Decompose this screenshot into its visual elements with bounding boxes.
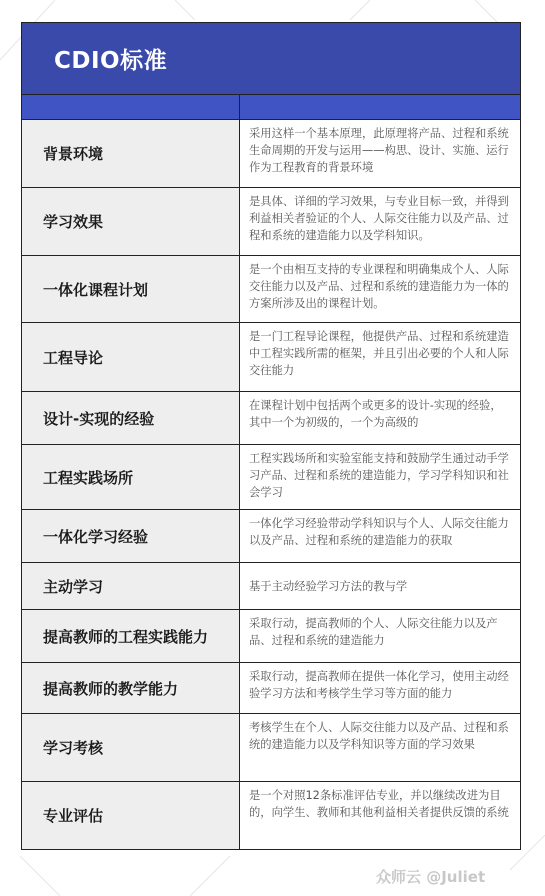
- standard-name: 设计-实现的经验: [22, 392, 240, 444]
- standard-name: 主动学习: [22, 563, 240, 609]
- standard-name: 工程实践场所: [22, 445, 240, 509]
- standard-description: 一体化学习经验带动学科知识与个人、人际交往能力以及产品、过程和系统的建造能力的获…: [240, 510, 520, 562]
- table-title: CDIO标准: [54, 42, 167, 75]
- standard-name: 学习效果: [22, 188, 240, 255]
- table-row: 工程导论 是一门工程导论课程，他提供产品、过程和系统建造中工程实践所需的框架，并…: [22, 323, 520, 392]
- column-header-name: [22, 95, 240, 119]
- standard-description: 是一个对照12条标准评估专业，并以继续改进为目的，向学生、教师和其他利益相关者提…: [240, 782, 520, 849]
- standard-name: 一体化课程计划: [22, 256, 240, 322]
- table-row: 背景环境 采用这样一个基本原理，此原理将产品、过程和系统生命周期的开发与运用——…: [22, 120, 520, 188]
- standard-description: 在课程计划中包括两个或更多的设计-实现的经验，其中一个为初级的，一个为高级的: [240, 392, 520, 444]
- footer-watermark: 众师云 @Juliet: [376, 866, 485, 887]
- standard-name: 一体化学习经验: [22, 510, 240, 562]
- standard-description: 是一门工程导论课程，他提供产品、过程和系统建造中工程实践所需的框架，并且引出必要…: [240, 323, 520, 391]
- column-header-desc: [240, 95, 520, 119]
- table-title-band: CDIO标准: [22, 23, 520, 95]
- table-row: 一体化课程计划 是一个由相互支持的专业课程和明确集成个人、人际交往能力以及产品、…: [22, 256, 520, 323]
- table-row: 提高教师的工程实践能力 采取行动，提高教师的个人、人际交往能力以及产品、过程和系…: [22, 610, 520, 663]
- standard-description: 采取行动，提高教师在提供一体化学习，使用主动经验学习方法和考核学生学习等方面的能…: [240, 663, 520, 713]
- table-row: 专业评估 是一个对照12条标准评估专业，并以继续改进为目的，向学生、教师和其他利…: [22, 782, 520, 849]
- table-row: 提高教师的教学能力 采取行动，提高教师在提供一体化学习，使用主动经验学习方法和考…: [22, 663, 520, 714]
- standard-description: 考核学生在个人、人际交往能力以及产品、过程和系统的建造能力以及学科知识等方面的学…: [240, 714, 520, 781]
- table-row: 学习考核 考核学生在个人、人际交往能力以及产品、过程和系统的建造能力以及学科知识…: [22, 714, 520, 782]
- cdio-standards-table: CDIO标准 背景环境 采用这样一个基本原理，此原理将产品、过程和系统生命周期的…: [21, 22, 521, 850]
- standard-name: 提高教师的教学能力: [22, 663, 240, 713]
- standard-description: 基于主动经验学习方法的教与学: [240, 563, 520, 609]
- standard-description: 采取行动，提高教师的个人、人际交往能力以及产品、过程和系统的建造能力: [240, 610, 520, 662]
- table-row: 设计-实现的经验 在课程计划中包括两个或更多的设计-实现的经验，其中一个为初级的…: [22, 392, 520, 445]
- standard-name: 背景环境: [22, 120, 240, 187]
- column-header-band: [22, 95, 520, 120]
- table-row: 主动学习 基于主动经验学习方法的教与学: [22, 563, 520, 610]
- table-row: 工程实践场所 工程实践场所和实验室能支持和鼓励学生通过动手学习产品、过程和系统的…: [22, 445, 520, 510]
- standard-description: 是具体、详细的学习效果，与专业目标一致，并得到利益相关者验证的个人、人际交往能力…: [240, 188, 520, 255]
- standard-description: 采用这样一个基本原理，此原理将产品、过程和系统生命周期的开发与运用——构思、设计…: [240, 120, 520, 187]
- standard-name: 提高教师的工程实践能力: [22, 610, 240, 662]
- standard-description: 工程实践场所和实验室能支持和鼓励学生通过动手学习产品、过程和系统的建造能力，学习…: [240, 445, 520, 509]
- standard-name: 工程导论: [22, 323, 240, 391]
- standard-name: 学习考核: [22, 714, 240, 781]
- table-row: 学习效果 是具体、详细的学习效果，与专业目标一致，并得到利益相关者验证的个人、人…: [22, 188, 520, 256]
- standard-description: 是一个由相互支持的专业课程和明确集成个人、人际交往能力以及产品、过程和系统的建造…: [240, 256, 520, 322]
- standard-name: 专业评估: [22, 782, 240, 849]
- table-row: 一体化学习经验 一体化学习经验带动学科知识与个人、人际交往能力以及产品、过程和系…: [22, 510, 520, 563]
